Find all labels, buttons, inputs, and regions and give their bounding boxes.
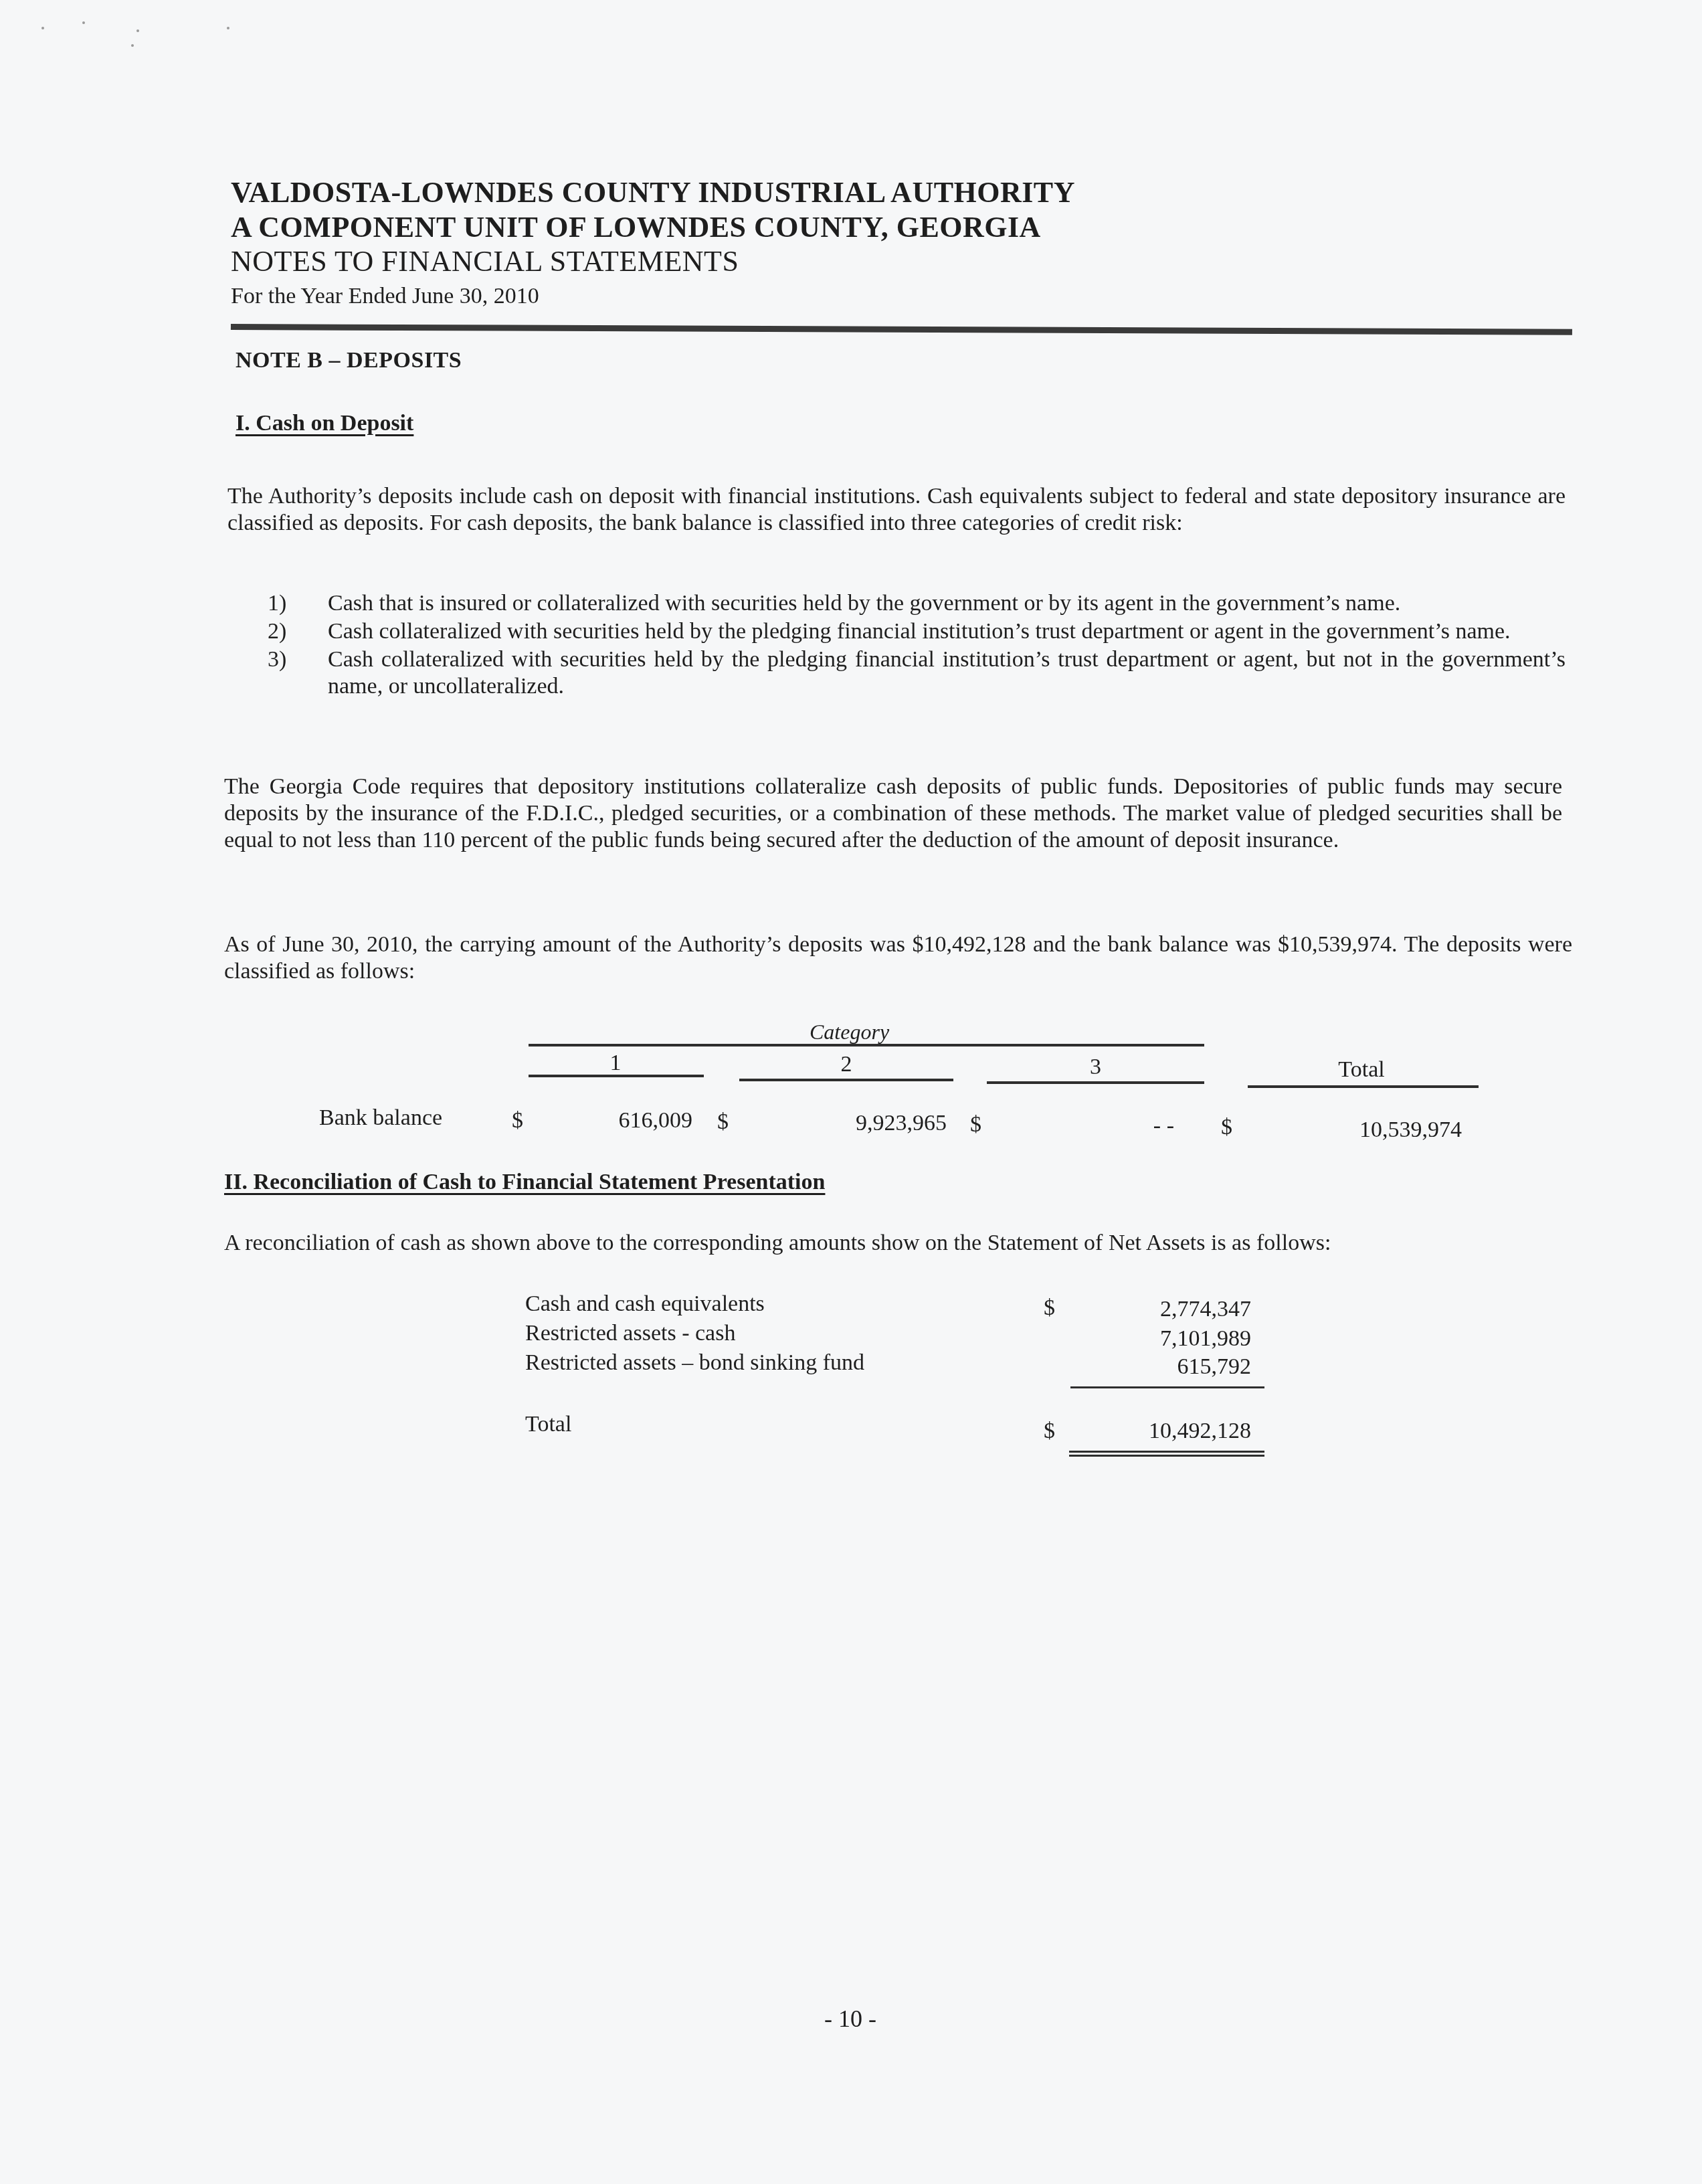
intro-paragraph: The Authority’s deposits include cash on… bbox=[227, 483, 1566, 537]
organization-name: VALDOSTA-LOWNDES COUNTY INDUSTRIAL AUTHO… bbox=[231, 175, 1576, 210]
row-label: Cash and cash equivalents bbox=[525, 1291, 765, 1317]
section-title-cash-on-deposit: I. Cash on Deposit bbox=[235, 411, 413, 436]
risk-category-list: 1) Cash that is insured or collateralize… bbox=[268, 590, 1566, 701]
category-group-header: Category bbox=[810, 1020, 889, 1044]
amount: 615,792 bbox=[1050, 1354, 1251, 1380]
subtotal-rule bbox=[1070, 1386, 1264, 1388]
page-number: - 10 - bbox=[824, 2005, 876, 2033]
currency-symbol: $ bbox=[512, 1108, 523, 1133]
list-text: Cash collateralized with securities held… bbox=[328, 646, 1566, 700]
row-label: Restricted assets – bond sinking fund bbox=[525, 1350, 864, 1376]
column-header-2: 2 bbox=[739, 1052, 953, 1077]
column-rule-total bbox=[1248, 1085, 1479, 1088]
column-rule-2 bbox=[739, 1079, 953, 1081]
section-title-reconciliation: II. Reconciliation of Cash to Financial … bbox=[224, 1170, 825, 1195]
total-amount: 10,492,128 bbox=[1050, 1419, 1251, 1444]
note-title: NOTE B – DEPOSITS bbox=[235, 348, 462, 373]
value-category-3: - - bbox=[1124, 1113, 1174, 1139]
row-label: Restricted assets - cash bbox=[525, 1321, 735, 1346]
total-double-rule bbox=[1069, 1455, 1264, 1457]
category-rule bbox=[529, 1044, 1204, 1046]
total-double-rule bbox=[1069, 1451, 1264, 1453]
list-text: Cash collateralized with securities held… bbox=[328, 618, 1566, 645]
carrying-amount-paragraph: As of June 30, 2010, the carrying amount… bbox=[224, 931, 1572, 985]
column-header-1: 1 bbox=[529, 1051, 702, 1076]
list-item: 2) Cash collateralized with securities h… bbox=[268, 618, 1566, 645]
list-text: Cash that is insured or collateralized w… bbox=[328, 590, 1566, 617]
header-rule bbox=[231, 324, 1572, 335]
list-number: 3) bbox=[268, 646, 328, 700]
column-rule-3 bbox=[987, 1081, 1204, 1084]
document-page: VALDOSTA-LOWNDES COUNTY INDUSTRIAL AUTHO… bbox=[0, 0, 1702, 2184]
georgia-code-paragraph: The Georgia Code requires that depositor… bbox=[224, 773, 1562, 854]
amount: 2,774,347 bbox=[1050, 1297, 1251, 1322]
value-total: 10,539,974 bbox=[1311, 1117, 1462, 1143]
reconciliation-intro: A reconciliation of cash as shown above … bbox=[224, 1230, 1589, 1257]
organization-subtitle: A COMPONENT UNIT OF LOWNDES COUNTY, GEOR… bbox=[231, 210, 1576, 245]
value-category-2: 9,923,965 bbox=[803, 1111, 947, 1136]
period-line: For the Year Ended June 30, 2010 bbox=[231, 282, 1576, 310]
total-label: Total bbox=[525, 1412, 571, 1437]
document-title: NOTES TO FINANCIAL STATEMENTS bbox=[231, 245, 1576, 278]
value-category-1: 616,009 bbox=[575, 1108, 692, 1133]
row-label: Bank balance bbox=[319, 1105, 442, 1131]
currency-symbol: $ bbox=[717, 1109, 729, 1135]
list-number: 1) bbox=[268, 590, 328, 617]
column-rule-1 bbox=[529, 1075, 704, 1077]
document-header: VALDOSTA-LOWNDES COUNTY INDUSTRIAL AUTHO… bbox=[231, 175, 1576, 310]
column-header-total: Total bbox=[1248, 1057, 1475, 1083]
list-item: 3) Cash collateralized with securities h… bbox=[268, 646, 1566, 700]
list-number: 2) bbox=[268, 618, 328, 645]
amount: 7,101,989 bbox=[1050, 1326, 1251, 1352]
currency-symbol: $ bbox=[970, 1112, 981, 1137]
column-header-3: 3 bbox=[987, 1055, 1204, 1080]
list-item: 1) Cash that is insured or collateralize… bbox=[268, 590, 1566, 617]
currency-symbol: $ bbox=[1221, 1115, 1232, 1140]
